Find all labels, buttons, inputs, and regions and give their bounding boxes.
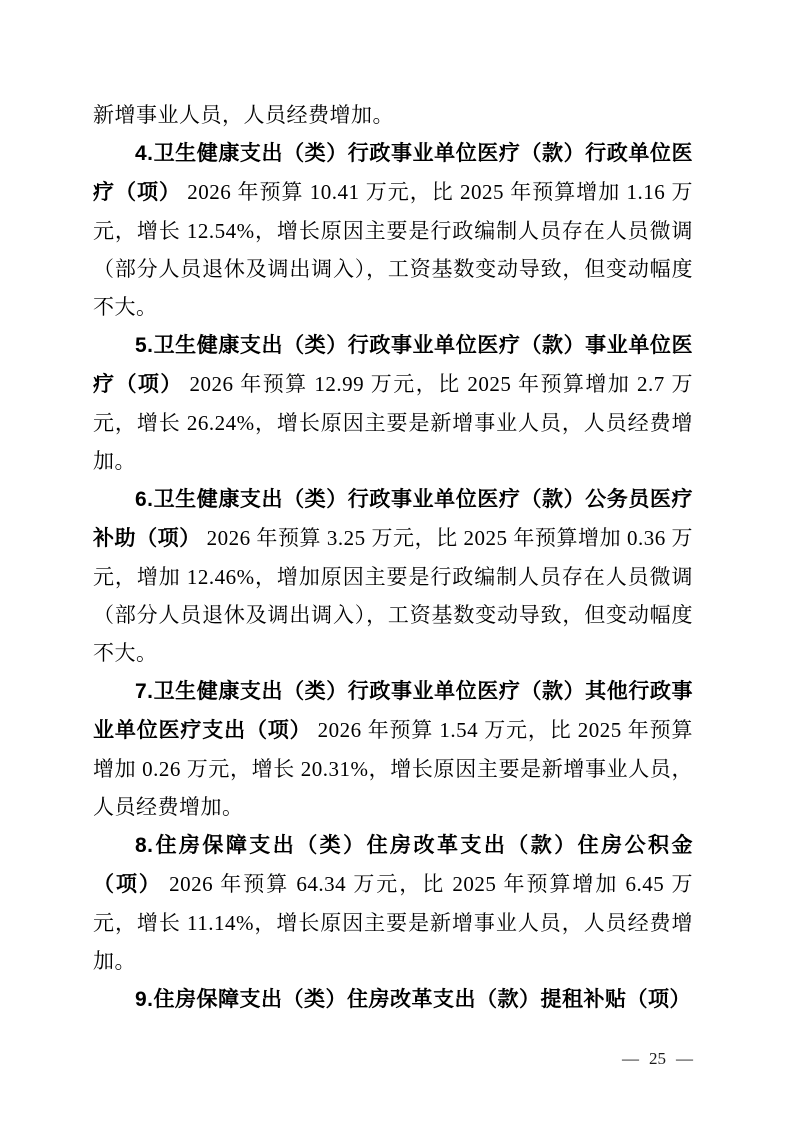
paragraph-text: 2026 年预算 64.34 万元，比 2025 年预算增加 6.45 万元，增…: [93, 872, 693, 973]
page-footer: — 25 —: [93, 1048, 693, 1070]
paragraph-item-5: 5.卫生健康支出（类）行政事业单位医疗（款）事业单位医疗（项） 2026 年预算…: [93, 326, 693, 480]
footer-dash-left: —: [622, 1048, 639, 1070]
footer-dash-right: —: [676, 1048, 693, 1070]
paragraph-item-6: 6.卫生健康支出（类）行政事业单位医疗（款）公务员医疗补助（项） 2026 年预…: [93, 480, 693, 672]
paragraph-text: 新增事业人员，人员经费增加。: [93, 103, 394, 127]
paragraph-item-7: 7.卫生健康支出（类）行政事业单位医疗（款）其他行政事业单位医疗支出（项） 20…: [93, 672, 693, 826]
paragraph-item-9: 9.住房保障支出（类）住房改革支出（款）提租补贴（项）: [93, 980, 693, 1019]
document-page: 新增事业人员，人员经费增加。 4.卫生健康支出（类）行政事业单位医疗（款）行政单…: [0, 0, 793, 1122]
paragraph-item-4: 4.卫生健康支出（类）行政事业单位医疗（款）行政单位医疗（项） 2026 年预算…: [93, 134, 693, 326]
page-number: 25: [649, 1048, 666, 1070]
paragraph-text: 2026 年预算 10.41 万元，比 2025 年预算增加 1.16 万元，增…: [93, 180, 693, 319]
document-body: 新增事业人员，人员经费增加。 4.卫生健康支出（类）行政事业单位医疗（款）行政单…: [93, 96, 693, 1019]
paragraph-text: 2026 年预算 12.99 万元，比 2025 年预算增加 2.7 万元，增长…: [93, 372, 693, 473]
paragraph-item-8: 8.住房保障支出（类）住房改革支出（款）住房公积金（项） 2026 年预算 64…: [93, 826, 693, 980]
paragraph-heading: 9.住房保障支出（类）住房改革支出（款）提租补贴（项）: [135, 988, 691, 1011]
paragraph-continuation: 新增事业人员，人员经费增加。: [93, 96, 693, 134]
